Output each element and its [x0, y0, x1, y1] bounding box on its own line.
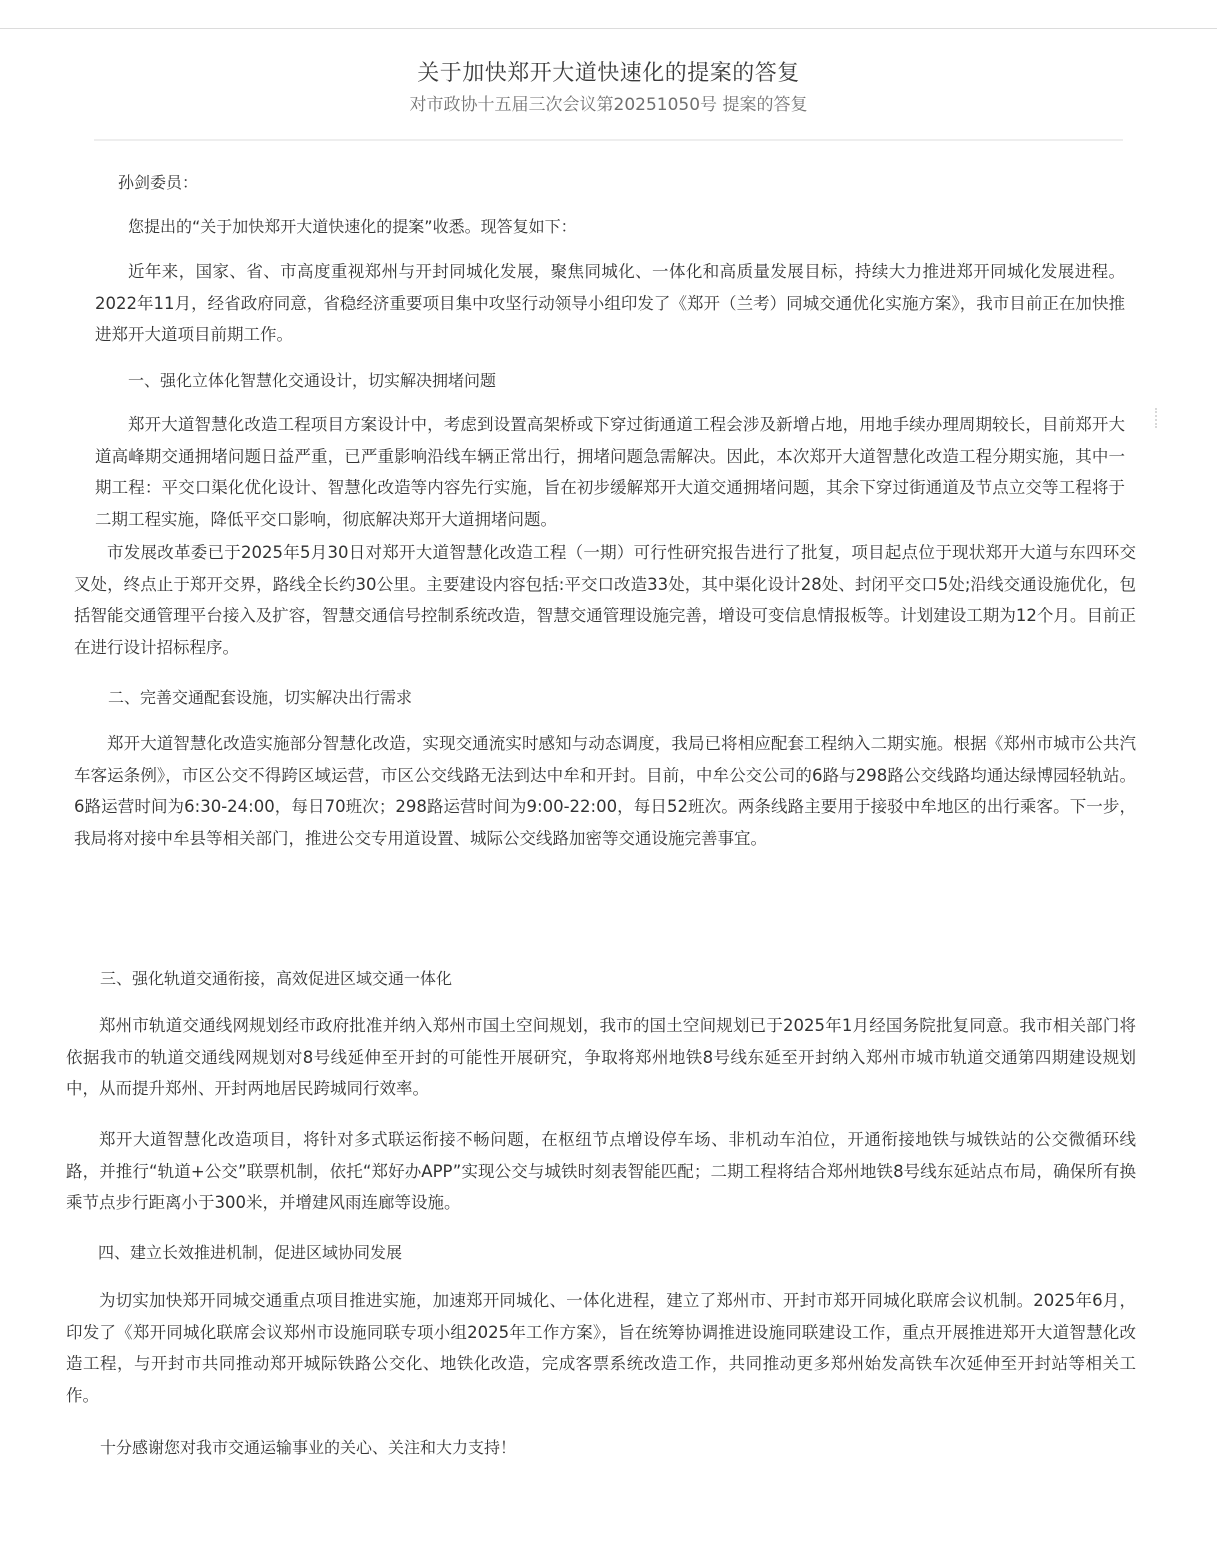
closing-paragraph: 十分感谢您对我市交通运输事业的关心、关注和大力支持！ [100, 1436, 516, 1460]
section-heading-4: 四、建立长效推进机制，促进区域协同发展 [98, 1241, 402, 1265]
section-heading-2: 二、完善交通配套设施，切实解决出行需求 [108, 686, 412, 710]
section-2-paragraph-1: 郑开大道智慧化改造实施部分智慧化改造，实现交通流实时感知与动态调度，我局已将相应… [74, 728, 1136, 854]
top-divider [0, 28, 1217, 29]
section-3-paragraph-2: 郑开大道智慧化改造项目，将针对多式联运衔接不畅问题，在枢纽节点增设停车场、非机动… [66, 1124, 1136, 1219]
document-title: 关于加快郑开大道快速化的提案的答复 [0, 56, 1217, 87]
document-subtitle: 对市政协十五届三次会议第20251050号 提案的答复 [0, 90, 1217, 115]
header-divider [94, 139, 1123, 141]
section-heading-1: 一、强化立体化智慧化交通设计，切实解决拥堵问题 [128, 369, 496, 393]
scroll-indicator [1155, 408, 1159, 428]
intro-paragraph: 您提出的“关于加快郑开大道快速化的提案”收悉。现答复如下： [128, 215, 577, 239]
section-1-paragraph-1: 郑开大道智慧化改造工程项目方案设计中，考虑到设置高架桥或下穿过街通道工程会涉及新… [95, 409, 1125, 535]
section-heading-3: 三、强化轨道交通衔接，高效促进区域交通一体化 [100, 967, 452, 991]
background-paragraph: 近年来，国家、省、市高度重视郑州与开封同城化发展，聚焦同城化、一体化和高质量发展… [95, 256, 1125, 351]
section-1-paragraph-2: 市发展改革委已于2025年5月30日对郑开大道智慧化改造工程（一期）可行性研究报… [74, 537, 1136, 663]
section-3-paragraph-1: 郑州市轨道交通线网规划经市政府批准并纳入郑州市国土空间规划，我市的国土空间规划已… [66, 1010, 1136, 1105]
salutation: 孙剑委员： [118, 171, 198, 195]
section-4-paragraph-1: 为切实加快郑开同城交通重点项目推进实施，加速郑开同城化、一体化进程，建立了郑州市… [66, 1285, 1136, 1411]
